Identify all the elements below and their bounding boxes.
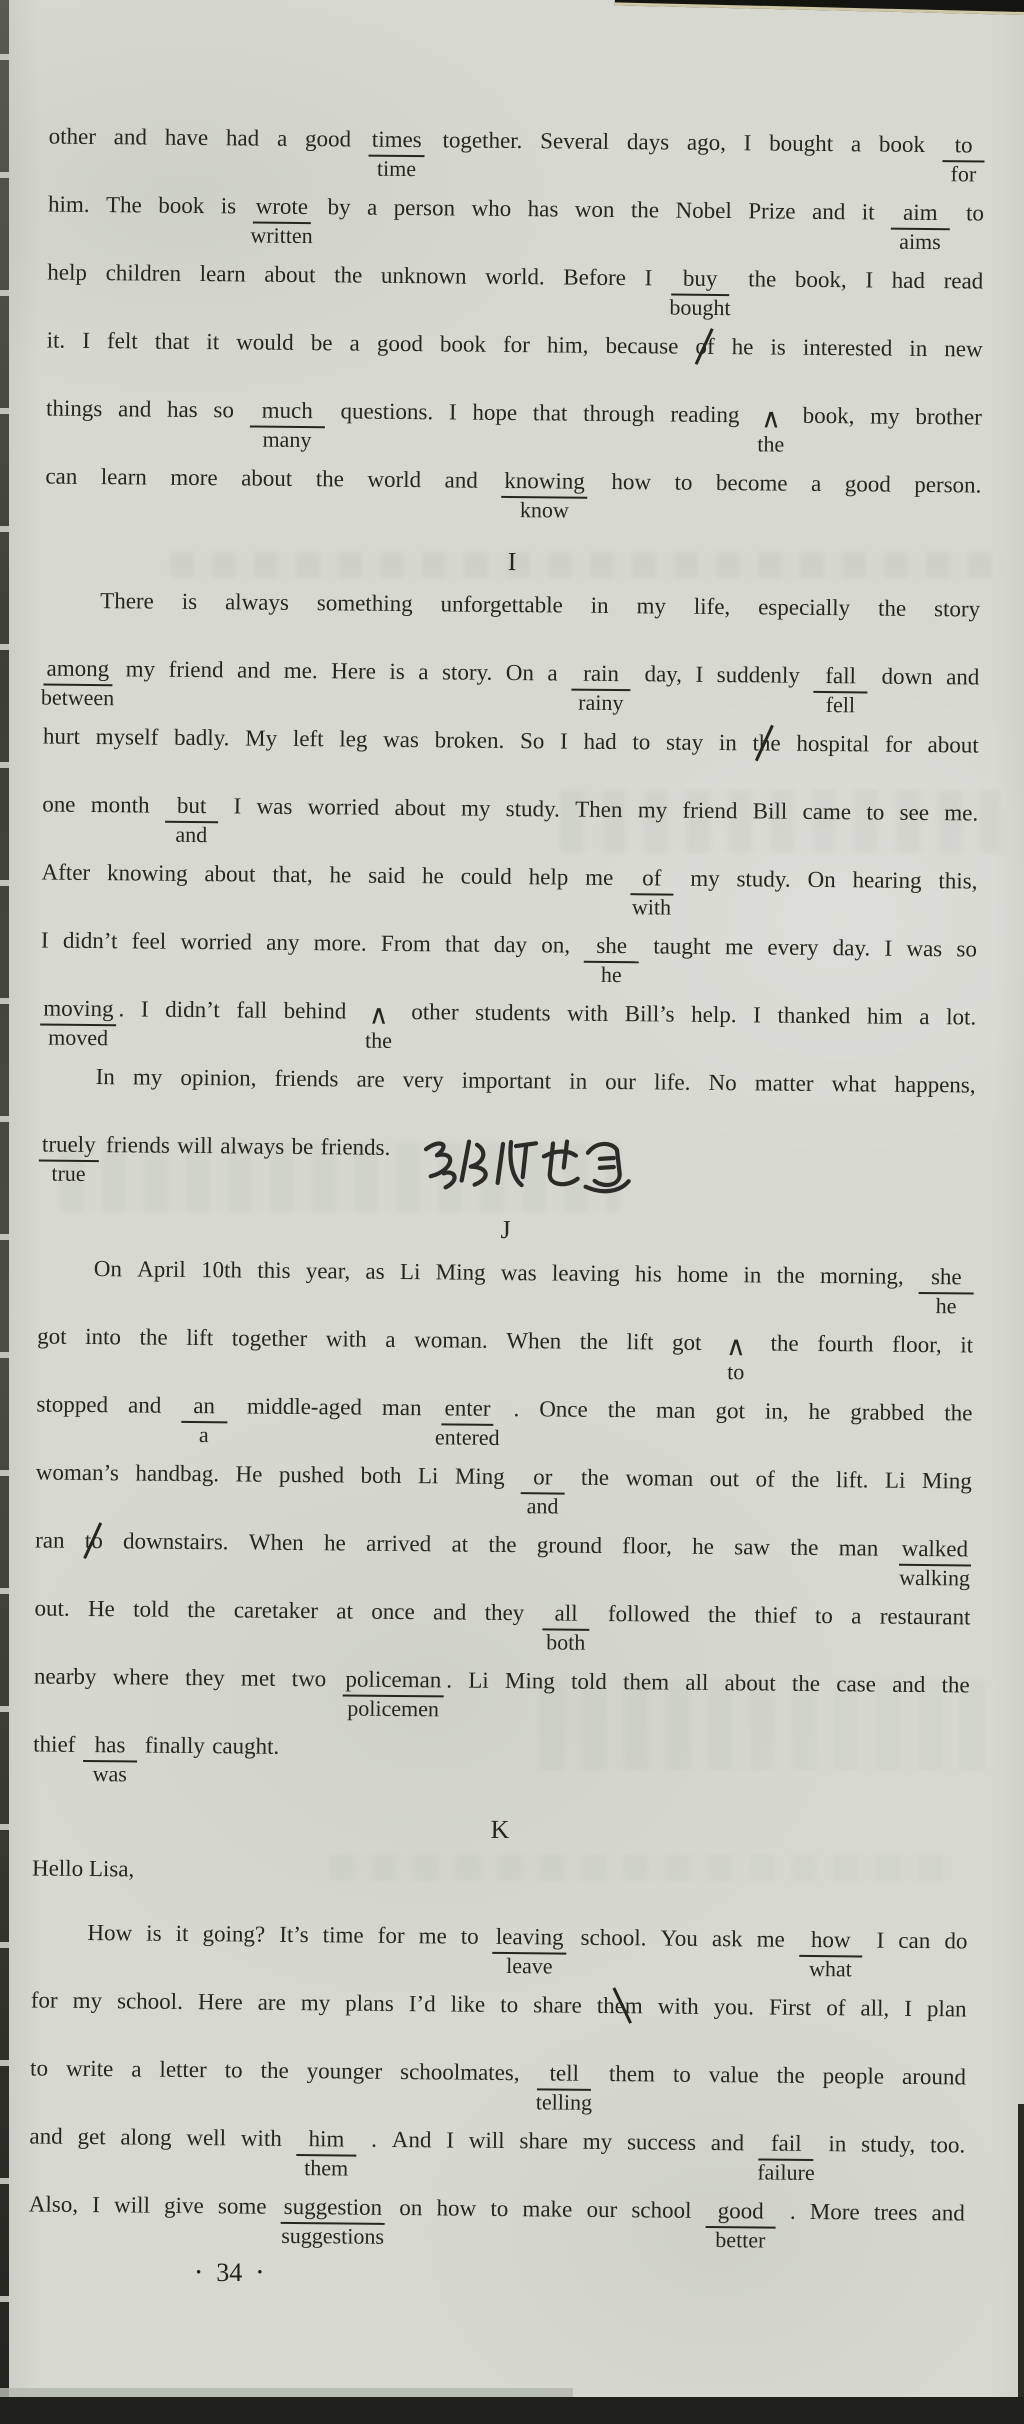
- word: book,: [803, 401, 855, 431]
- error-word: ofwith: [630, 863, 673, 895]
- word: and: [29, 2121, 63, 2151]
- word: they: [484, 1598, 524, 1628]
- word: share: [533, 1990, 582, 2020]
- error-word: haswas: [83, 1730, 138, 1763]
- word: into: [85, 1322, 121, 1352]
- word: that: [155, 327, 190, 357]
- word: the: [792, 1669, 820, 1699]
- word: the: [770, 1329, 798, 1359]
- word: hurt: [43, 722, 80, 752]
- word: the: [334, 260, 362, 290]
- error-correction: howwhat: [799, 1925, 863, 1958]
- error-correction: buybought: [671, 264, 730, 297]
- caret-mark: ∧: [369, 1000, 389, 1031]
- error-correction: failfailure: [759, 2128, 814, 2161]
- correction-word: aims: [899, 230, 941, 254]
- text-line: movingmoved.Ididn’tfallbehind∧theotherst…: [40, 994, 977, 1071]
- word: share: [519, 2126, 568, 2156]
- correction-word: suggestions: [281, 2224, 384, 2249]
- text-line: helpchildrenlearnabouttheunknownworld.Be…: [47, 258, 984, 335]
- caret-mark: ∧: [761, 403, 781, 434]
- word: ask: [712, 1924, 743, 1954]
- error-word: rainrainy: [571, 659, 631, 692]
- correction-word: time: [377, 157, 416, 181]
- section-header-label: I: [508, 547, 518, 577]
- word: won: [575, 195, 615, 225]
- word: life,: [694, 592, 731, 622]
- word: had: [583, 727, 617, 757]
- word: me.: [284, 656, 318, 686]
- word: day: [494, 930, 528, 960]
- word: study.: [736, 864, 790, 895]
- word: .: [790, 2197, 796, 2227]
- word: new: [944, 334, 983, 364]
- word: good: [377, 329, 423, 359]
- word: my: [636, 591, 666, 621]
- word: book: [158, 191, 204, 221]
- word: No: [708, 1068, 736, 1098]
- word: day,: [644, 659, 682, 689]
- word: In: [95, 1062, 114, 1092]
- word: to: [490, 2194, 508, 2224]
- page-number-dot: •: [257, 2266, 262, 2281]
- page-number: • 34 •: [196, 2258, 263, 2288]
- word: students: [475, 998, 551, 1029]
- correction-word: policemen: [347, 1696, 439, 1721]
- word: in: [743, 1260, 761, 1290]
- word: middle-aged: [247, 1392, 362, 1423]
- word: our: [586, 2195, 617, 2225]
- word: ground: [537, 1530, 602, 1561]
- word: month: [91, 790, 150, 821]
- section-header: K: [32, 1797, 968, 1862]
- text-line: rantodownstairs.Whenhearrivedattheground…: [35, 1525, 972, 1602]
- word: more.: [314, 928, 367, 959]
- error-correction: fallfell: [813, 661, 868, 694]
- caret-insertion: ∧the: [363, 997, 395, 1031]
- word: woman’s: [36, 1457, 119, 1488]
- word: study.: [506, 794, 560, 825]
- word: behind: [284, 996, 347, 1027]
- inserted-word: the: [757, 432, 784, 456]
- word: something: [317, 588, 413, 619]
- error-correction: walkedwalking: [898, 1534, 971, 1567]
- word: plans: [345, 1988, 394, 2018]
- word: and: [812, 197, 846, 227]
- error-word: wrotewritten: [252, 192, 311, 225]
- word: around: [902, 2062, 966, 2093]
- word: worried: [180, 927, 252, 958]
- word: with: [241, 2123, 282, 2153]
- word: has: [528, 194, 559, 224]
- error-word: enterentered: [441, 1393, 493, 1425]
- word: in: [591, 591, 609, 621]
- word: how: [611, 467, 651, 497]
- word: so: [213, 395, 234, 425]
- word: hope: [472, 398, 517, 428]
- text-line: onemonthbutandIwasworriedaboutmystudy.Th…: [42, 790, 979, 867]
- word: home: [677, 1260, 728, 1290]
- word: a: [851, 1601, 862, 1631]
- word: the: [608, 1395, 636, 1425]
- word: brother: [915, 402, 982, 433]
- section-header: J: [38, 1198, 974, 1263]
- correction-word: he: [936, 1294, 957, 1318]
- word: friends: [274, 1064, 338, 1095]
- deleted-word: them: [597, 1991, 643, 2021]
- error-correction: ofwith: [630, 863, 673, 895]
- error-correction: policemanpolicemen.: [342, 1664, 452, 1697]
- word: for: [31, 1985, 58, 2015]
- word: good: [305, 124, 351, 154]
- correction-word: both: [546, 1630, 585, 1654]
- error-word: shehe: [584, 931, 639, 964]
- error-correction: butand: [165, 791, 219, 824]
- word: interested: [803, 333, 893, 364]
- deleted-word: of: [695, 332, 714, 362]
- word: Several: [540, 126, 609, 157]
- word: any: [266, 928, 300, 958]
- text-line: Hello Lisa,: [32, 1853, 969, 1926]
- word: handbag.: [135, 1458, 219, 1489]
- word: questions.: [340, 396, 433, 427]
- word: is: [389, 657, 405, 687]
- error-word: butand: [165, 791, 219, 824]
- word: caught.: [212, 1731, 279, 1762]
- word: school: [631, 2195, 691, 2226]
- word: knowing: [107, 858, 188, 889]
- word: that: [533, 398, 568, 428]
- word: he: [732, 332, 754, 362]
- word: for: [885, 730, 912, 760]
- error-word: himthem: [296, 2124, 356, 2157]
- word: learn: [200, 259, 246, 289]
- word: trees: [874, 2198, 918, 2228]
- correction-word: and: [175, 823, 207, 847]
- error-word: buybought: [671, 264, 730, 297]
- word: I’d: [409, 1989, 436, 2019]
- word: to: [673, 2060, 691, 2090]
- word: 10th: [201, 1255, 242, 1285]
- word: How: [87, 1918, 132, 1948]
- word: When: [249, 1528, 304, 1559]
- word: me: [757, 1924, 785, 1954]
- word: always: [225, 587, 289, 618]
- correction-word: walking: [899, 1566, 970, 1591]
- word: thanked: [777, 1001, 850, 1032]
- error-correction: shehe: [919, 1262, 974, 1295]
- scan-edge-bottom: [0, 2397, 1024, 2424]
- word: On: [807, 865, 835, 895]
- word: I: [233, 791, 241, 821]
- error-correction: enterentered: [441, 1393, 493, 1425]
- word: year,: [306, 1256, 351, 1286]
- word: my: [870, 401, 900, 431]
- text-line: andgetalongwellwithhimthem.AndIwillshare…: [29, 2121, 966, 2198]
- error-correction: wrotewritten: [252, 192, 311, 225]
- word: the: [944, 1398, 972, 1428]
- word: told: [571, 1667, 607, 1697]
- word: school.: [580, 1923, 646, 1954]
- word: to: [632, 727, 650, 757]
- error-word: tofor: [943, 130, 985, 162]
- correction-word: telling: [536, 2090, 592, 2115]
- word: happens,: [894, 1070, 975, 1101]
- correction-word: bought: [669, 296, 730, 321]
- word: on,: [541, 930, 570, 960]
- error-word: knowingknow: [501, 466, 588, 499]
- word: are: [258, 1988, 286, 2018]
- word: in: [719, 728, 737, 758]
- word: fall: [236, 995, 267, 1025]
- word: came: [802, 797, 851, 827]
- word: the: [316, 464, 344, 494]
- word: world: [367, 465, 421, 496]
- word: opinion,: [180, 1063, 256, 1094]
- word: I: [865, 265, 873, 295]
- word: a: [811, 469, 822, 499]
- word: will: [469, 2126, 505, 2156]
- word: suddenly: [717, 660, 800, 691]
- word: floor,: [892, 1330, 942, 1360]
- word: didn’t: [165, 995, 220, 1026]
- word: .: [371, 2125, 377, 2155]
- error-word: movingmoved: [40, 994, 117, 1027]
- word: was: [383, 725, 419, 755]
- error-correction: telltelling: [537, 2058, 591, 2091]
- word: letter: [159, 2055, 207, 2085]
- word: More: [810, 2197, 860, 2227]
- word: was: [906, 934, 942, 964]
- word: pushed: [279, 1460, 344, 1491]
- word: that,: [272, 860, 313, 890]
- word: things: [46, 394, 103, 425]
- error-correction: movingmoved.: [40, 994, 124, 1027]
- word: worried: [308, 792, 380, 823]
- word: left: [293, 724, 324, 754]
- word: study,: [861, 2129, 915, 2160]
- word: and: [711, 2128, 745, 2158]
- word: that: [445, 929, 480, 959]
- word: me.: [944, 798, 978, 828]
- salutation-text: Hello Lisa,: [32, 1853, 134, 1884]
- word: about: [241, 463, 292, 493]
- word: together: [232, 1323, 308, 1354]
- word: get: [77, 2122, 105, 2152]
- word: person.: [914, 470, 981, 501]
- word: book: [879, 130, 925, 160]
- text-line: amongbetweenmyfriendandme.Hereisastory.O…: [43, 654, 980, 731]
- error-word: amongbetween: [43, 654, 112, 687]
- text-line: Afterknowingaboutthat,hesaidhecouldhelpm…: [41, 858, 978, 935]
- word: Before: [563, 263, 626, 294]
- word: the: [187, 1595, 215, 1625]
- word: it: [206, 327, 219, 357]
- word: important: [462, 1066, 552, 1097]
- word: and: [114, 122, 148, 152]
- word: can: [45, 462, 77, 492]
- word: two: [292, 1664, 327, 1694]
- word: and: [128, 1390, 162, 1420]
- word: friends.: [321, 1132, 391, 1163]
- word: myself: [96, 722, 159, 753]
- word: on: [399, 2193, 422, 2223]
- word: On: [94, 1254, 122, 1284]
- word: to: [674, 468, 692, 498]
- word: woman: [625, 1463, 693, 1494]
- caret-insertion: ∧the: [755, 400, 787, 434]
- word: When: [506, 1326, 561, 1357]
- word: through: [583, 399, 655, 430]
- correction-word: leave: [506, 1954, 553, 1978]
- word: restaurant: [880, 1602, 971, 1633]
- word: caretaker: [234, 1595, 319, 1626]
- word: him,: [547, 330, 589, 360]
- error-correction: truelytrue: [39, 1130, 99, 1163]
- error-correction: orand: [521, 1462, 564, 1494]
- word: On: [506, 658, 534, 688]
- word: out.: [34, 1593, 69, 1623]
- word: can: [898, 1926, 930, 1956]
- word: Here: [331, 656, 376, 686]
- error-correction: timestime: [369, 125, 425, 158]
- word: and: [444, 465, 478, 495]
- correction-word: for: [950, 162, 976, 186]
- word: Li: [885, 1466, 906, 1496]
- word: reading: [670, 400, 739, 431]
- word: so: [956, 934, 977, 964]
- word: in: [909, 334, 927, 364]
- word: both: [360, 1461, 401, 1491]
- caret-mark: ∧: [726, 1331, 746, 1362]
- word: I: [884, 934, 892, 964]
- section-header-label: J: [500, 1215, 511, 1245]
- word: feel: [132, 926, 167, 956]
- word: Ming: [505, 1666, 555, 1696]
- word: help.: [691, 1000, 737, 1030]
- text-line: thingsandhassomuchmanyquestions.Ihopetha…: [46, 394, 983, 471]
- word: is: [182, 587, 198, 617]
- section-header: I: [44, 530, 980, 595]
- text-line: formyschool.HerearemyplansI’dliketoshare…: [30, 1985, 967, 2062]
- word: .: [513, 1394, 519, 1424]
- error-word: policemanpolicemen: [342, 1664, 444, 1697]
- word: man: [656, 1395, 696, 1425]
- error-word: timestime: [369, 125, 425, 158]
- word: Bill’s: [625, 999, 675, 1029]
- word: the: [748, 264, 776, 294]
- word: about: [204, 859, 255, 889]
- word: one: [42, 790, 76, 820]
- word: ago,: [687, 128, 726, 158]
- word: Once: [539, 1394, 588, 1424]
- error-correction: allboth: [542, 1598, 589, 1630]
- word: they: [185, 1663, 225, 1693]
- error-word: howwhat: [799, 1925, 863, 1958]
- word: what: [831, 1069, 876, 1099]
- word: stay: [666, 728, 703, 758]
- word: his: [635, 1259, 662, 1289]
- error-correction: tofor: [943, 130, 985, 162]
- word: world.: [485, 262, 545, 293]
- word: like: [451, 1990, 486, 2020]
- word: school.: [117, 1986, 183, 2017]
- word: my: [126, 654, 156, 684]
- inserted-word: the: [365, 1029, 392, 1053]
- word: I: [141, 994, 149, 1024]
- word: help: [47, 258, 87, 288]
- text-line: hurtmyselfbadly.Myleftlegwasbroken.SoIha…: [42, 722, 979, 799]
- word: nearby: [34, 1661, 97, 1692]
- word: person: [394, 193, 456, 224]
- word: friend: [168, 655, 223, 686]
- word: And: [392, 2125, 432, 2155]
- error-word: aimaims: [891, 198, 950, 231]
- word: other: [49, 122, 97, 152]
- word: had: [892, 266, 926, 296]
- correction-word: entered: [435, 1425, 500, 1450]
- deleted-word: the: [752, 728, 780, 758]
- word: him: [867, 1001, 903, 1031]
- word: the: [139, 1322, 167, 1352]
- word: From: [381, 929, 431, 959]
- inserted-word: to: [727, 1360, 744, 1384]
- word: story: [934, 594, 980, 624]
- word: Nobel: [675, 196, 732, 227]
- word: Ming: [455, 1462, 505, 1492]
- word: the: [791, 1465, 819, 1495]
- word: I: [446, 2125, 454, 2155]
- word: Bill: [753, 796, 788, 826]
- error-word: truelytrue: [39, 1130, 99, 1163]
- word: lift: [626, 1327, 653, 1357]
- word: me: [419, 1921, 447, 1951]
- word: he: [422, 861, 444, 891]
- word: arrived: [366, 1529, 431, 1560]
- word: Then: [575, 795, 623, 825]
- word: to: [30, 2053, 48, 2083]
- word: where: [113, 1662, 169, 1693]
- text-line: woman’shandbag.HepushedbothLiMingorandth…: [35, 1457, 972, 1534]
- word: lot.: [946, 1002, 976, 1032]
- word: I: [82, 326, 90, 356]
- word: Ming: [436, 1257, 486, 1287]
- word: he: [808, 1397, 830, 1427]
- scan-edge-right: [1018, 2104, 1024, 2424]
- word: Li: [400, 1257, 421, 1287]
- page-number-value: 34: [216, 2258, 242, 2288]
- error-correction: himthem: [296, 2124, 356, 2157]
- word: matter: [755, 1068, 814, 1099]
- text-line: him.Thebookiswrotewrittenbyapersonwhohas…: [48, 190, 985, 267]
- text-line: otherandhavehadagoodtimestimetogether.Se…: [48, 122, 985, 199]
- word: see: [899, 798, 929, 828]
- word: Here: [198, 1987, 243, 2017]
- word: it: [862, 197, 875, 227]
- word: unforgettable: [440, 589, 562, 620]
- word: will: [114, 2190, 150, 2220]
- word: thief: [33, 1729, 75, 1759]
- correction-word: was: [93, 1762, 127, 1786]
- correction-word: true: [51, 1162, 85, 1186]
- word: the: [790, 1533, 818, 1563]
- correction-word: a: [199, 1423, 209, 1447]
- word: time: [323, 1920, 364, 1950]
- word: I: [644, 263, 652, 293]
- word: the: [941, 1670, 969, 1700]
- word: to: [500, 1990, 518, 2020]
- word: hearing: [852, 865, 921, 896]
